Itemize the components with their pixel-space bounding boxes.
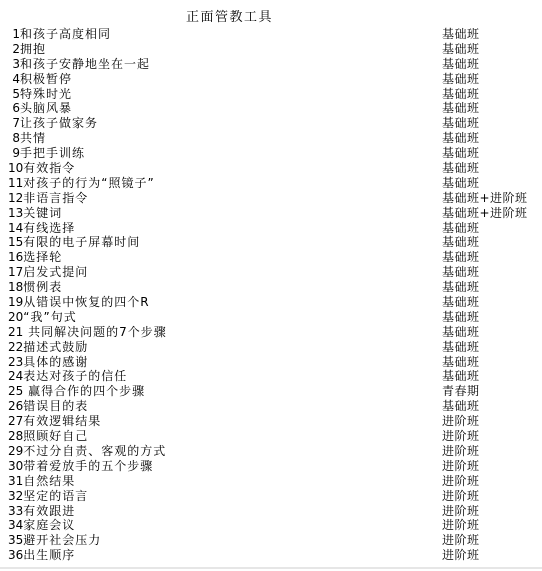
tool-name: 9手把手训练 xyxy=(8,146,85,161)
list-item: 17启发式提问基础班 xyxy=(0,265,542,280)
tool-label: 出生顺序 xyxy=(23,548,75,562)
tool-number: 23 xyxy=(8,355,23,370)
course-class: 基础班 xyxy=(442,146,480,161)
tool-number: 16 xyxy=(8,250,23,265)
tool-name: 24表达对孩子的信任 xyxy=(8,369,127,384)
course-class: 进阶班 xyxy=(442,429,480,444)
course-class: 进阶班 xyxy=(442,444,480,459)
tool-name: 6头脑风暴 xyxy=(8,101,72,116)
course-class: 青春期 xyxy=(442,384,480,399)
course-class: 基础班 xyxy=(442,250,480,265)
tool-name: 33有效跟进 xyxy=(8,504,75,519)
tool-name: 10有效指令 xyxy=(8,161,75,176)
list-item: 11对孩子的行为“照镜子”基础班 xyxy=(0,176,542,191)
tool-label: 从错误中恢复的四个R xyxy=(23,295,149,309)
tool-name: 18惯例表 xyxy=(8,280,62,295)
tool-number: 15 xyxy=(8,235,23,250)
course-class: 基础班 xyxy=(442,310,480,325)
tool-number: 11 xyxy=(8,176,23,191)
tool-name: 14有线选择 xyxy=(8,221,75,236)
tool-label: 对孩子的行为“照镜子” xyxy=(23,176,154,190)
list-item: 5特殊时光基础班 xyxy=(0,87,542,102)
tool-label: 头脑风暴 xyxy=(20,101,72,115)
tool-label: 描述式鼓励 xyxy=(23,340,88,354)
tool-number: 26 xyxy=(8,399,23,414)
course-class: 基础班 xyxy=(442,161,480,176)
tool-name: 17启发式提问 xyxy=(8,265,88,280)
list-item: 1和孩子高度相同基础班 xyxy=(0,27,542,42)
tool-name: 31自然结果 xyxy=(8,474,75,489)
list-item: 34家庭会议进阶班 xyxy=(0,518,542,533)
tool-label: 非语言指令 xyxy=(23,191,88,205)
list-item: 36出生顺序进阶班 xyxy=(0,548,542,563)
tool-name: 26错误目的表 xyxy=(8,399,88,414)
list-item: 31自然结果进阶班 xyxy=(0,474,542,489)
list-item: 24表达对孩子的信任基础班 xyxy=(0,369,542,384)
course-class: 基础班 xyxy=(442,101,480,116)
tool-label: 拥抱 xyxy=(20,42,46,56)
tool-name: 16选择轮 xyxy=(8,250,62,265)
tool-number: 12 xyxy=(8,191,23,206)
list-item: 12非语言指令基础班+进阶班 xyxy=(0,191,542,206)
course-class: 进阶班 xyxy=(442,489,480,504)
tool-number: 36 xyxy=(8,548,23,563)
list-item: 27有效逻辑结果进阶班 xyxy=(0,414,542,429)
tool-number: 6 xyxy=(8,101,20,116)
list-item: 25 赢得合作的四个步骤青春期 xyxy=(0,384,542,399)
tool-label: 有效指令 xyxy=(23,161,75,175)
course-class: 基础班 xyxy=(442,176,480,191)
course-class: 基础班 xyxy=(442,131,480,146)
tool-number: 25 xyxy=(8,384,23,399)
course-class: 进阶班 xyxy=(442,518,480,533)
list-item: 8共情基础班 xyxy=(0,131,542,146)
tool-name: 4积极暂停 xyxy=(8,72,72,87)
tool-number: 10 xyxy=(8,161,23,176)
tool-number: 8 xyxy=(8,131,20,146)
course-class: 基础班 xyxy=(442,265,480,280)
course-class: 基础班 xyxy=(442,87,480,102)
tool-number: 19 xyxy=(8,295,23,310)
tool-label: 具体的感谢 xyxy=(23,355,88,369)
tool-name: 22描述式鼓励 xyxy=(8,340,88,355)
tool-name: 1和孩子高度相同 xyxy=(8,27,111,42)
list-item: 2拥抱基础班 xyxy=(0,42,542,57)
course-class: 基础班 xyxy=(442,325,480,340)
tool-number: 32 xyxy=(8,489,23,504)
tool-label: 有限的电子屏幕时间 xyxy=(23,235,140,249)
list-item: 13关键词基础班+进阶班 xyxy=(0,206,542,221)
tool-number: 2 xyxy=(8,42,20,57)
list-item: 18惯例表基础班 xyxy=(0,280,542,295)
list-item: 16选择轮基础班 xyxy=(0,250,542,265)
course-class: 基础班 xyxy=(442,221,480,236)
course-class: 进阶班 xyxy=(442,504,480,519)
tool-label: 共情 xyxy=(20,131,46,145)
list-item: 14有线选择基础班 xyxy=(0,221,542,236)
tool-label: 共同解决问题的7个步骤 xyxy=(23,325,166,339)
tool-number: 30 xyxy=(8,459,23,474)
list-item: 6头脑风暴基础班 xyxy=(0,101,542,116)
tool-label: 手把手训练 xyxy=(20,146,85,160)
tool-label: 错误目的表 xyxy=(23,399,88,413)
tool-name: 34家庭会议 xyxy=(8,518,75,533)
course-class: 基础班 xyxy=(442,57,480,72)
tool-name: 5特殊时光 xyxy=(8,87,72,102)
tool-number: 21 xyxy=(8,325,23,340)
tool-name: 13关键词 xyxy=(8,206,62,221)
tool-label: 有效逻辑结果 xyxy=(23,414,101,428)
tool-label: 不过分自责、客观的方式 xyxy=(23,444,166,458)
course-class: 基础班 xyxy=(442,340,480,355)
list-item: 7让孩子做家务基础班 xyxy=(0,116,542,131)
list-item: 30带着爱放手的五个步骤进阶班 xyxy=(0,459,542,474)
tool-number: 22 xyxy=(8,340,23,355)
tool-name: 19从错误中恢复的四个R xyxy=(8,295,150,310)
tool-label: 和孩子高度相同 xyxy=(20,27,111,41)
course-class: 基础班 xyxy=(442,116,480,131)
course-class: 基础班 xyxy=(442,235,480,250)
tool-label: 和孩子安静地坐在一起 xyxy=(20,57,150,71)
course-class: 基础班 xyxy=(442,42,480,57)
tool-label: 选择轮 xyxy=(23,250,62,264)
course-class: 进阶班 xyxy=(442,548,480,563)
tool-name: 25 赢得合作的四个步骤 xyxy=(8,384,145,399)
list-item: 9手把手训练基础班 xyxy=(0,146,542,161)
tool-name: 20“我”句式 xyxy=(8,310,77,325)
course-class: 进阶班 xyxy=(442,533,480,548)
tool-label: 关键词 xyxy=(23,206,62,220)
tool-name: 3和孩子安静地坐在一起 xyxy=(8,57,150,72)
tool-name: 32坚定的语言 xyxy=(8,489,88,504)
tool-number: 5 xyxy=(8,87,20,102)
tool-name: 30带着爱放手的五个步骤 xyxy=(8,459,153,474)
tool-number: 31 xyxy=(8,474,23,489)
list-item: 21 共同解决问题的7个步骤基础班 xyxy=(0,325,542,340)
tool-name: 21 共同解决问题的7个步骤 xyxy=(8,325,167,340)
tool-name: 8共情 xyxy=(8,131,46,146)
tool-label: 坚定的语言 xyxy=(23,489,88,503)
course-class: 基础班 xyxy=(442,355,480,370)
tool-number: 14 xyxy=(8,221,23,236)
course-class: 基础班+进阶班 xyxy=(442,191,528,206)
list-item: 32坚定的语言进阶班 xyxy=(0,489,542,504)
tool-number: 1 xyxy=(8,27,20,42)
tool-label: 让孩子做家务 xyxy=(20,116,98,130)
tool-name: 35避开社会压力 xyxy=(8,533,101,548)
tool-number: 29 xyxy=(8,444,23,459)
tool-name: 23具体的感谢 xyxy=(8,355,88,370)
tool-label: 家庭会议 xyxy=(23,518,75,532)
tool-name: 11对孩子的行为“照镜子” xyxy=(8,176,155,191)
tool-label: “我”句式 xyxy=(23,310,76,324)
course-class: 基础班 xyxy=(442,280,480,295)
list-item: 35避开社会压力进阶班 xyxy=(0,533,542,548)
tool-number: 33 xyxy=(8,504,23,519)
tool-name: 27有效逻辑结果 xyxy=(8,414,101,429)
tool-name: 2拥抱 xyxy=(8,42,46,57)
tool-number: 4 xyxy=(8,72,20,87)
tool-number: 24 xyxy=(8,369,23,384)
tool-label: 惯例表 xyxy=(23,280,62,294)
tool-number: 17 xyxy=(8,265,23,280)
tool-number: 27 xyxy=(8,414,23,429)
tool-label: 特殊时光 xyxy=(20,87,72,101)
tool-label: 照顾好自己 xyxy=(23,429,88,443)
tool-label: 启发式提问 xyxy=(23,265,88,279)
list-item: 26错误目的表基础班 xyxy=(0,399,542,414)
tool-name: 29不过分自责、客观的方式 xyxy=(8,444,166,459)
tool-label: 有效跟进 xyxy=(23,504,75,518)
tool-label: 表达对孩子的信任 xyxy=(23,369,127,383)
tool-number: 3 xyxy=(8,57,20,72)
tool-label: 赢得合作的四个步骤 xyxy=(23,384,145,398)
tool-number: 18 xyxy=(8,280,23,295)
tool-label: 带着爱放手的五个步骤 xyxy=(23,459,153,473)
tool-name: 36出生顺序 xyxy=(8,548,75,563)
list-item: 19从错误中恢复的四个R基础班 xyxy=(0,295,542,310)
list-item: 20“我”句式基础班 xyxy=(0,310,542,325)
course-class: 基础班 xyxy=(442,72,480,87)
document-title: 正面管教工具 xyxy=(186,10,273,26)
tool-name: 12非语言指令 xyxy=(8,191,88,206)
tool-number: 28 xyxy=(8,429,23,444)
list-item: 10有效指令基础班 xyxy=(0,161,542,176)
list-item: 23具体的感谢基础班 xyxy=(0,355,542,370)
list-item: 33有效跟进进阶班 xyxy=(0,504,542,519)
tool-label: 有线选择 xyxy=(23,221,75,235)
tool-label: 避开社会压力 xyxy=(23,533,101,547)
course-class: 基础班 xyxy=(442,295,480,310)
tool-number: 9 xyxy=(8,146,20,161)
bottom-divider xyxy=(0,567,542,569)
tool-name: 7让孩子做家务 xyxy=(8,116,98,131)
course-class: 基础班 xyxy=(442,27,480,42)
tool-number: 20 xyxy=(8,310,23,325)
list-item: 22描述式鼓励基础班 xyxy=(0,340,542,355)
tool-number: 35 xyxy=(8,533,23,548)
course-class: 进阶班 xyxy=(442,474,480,489)
tool-number: 7 xyxy=(8,116,20,131)
list-item: 3和孩子安静地坐在一起基础班 xyxy=(0,57,542,72)
tool-name: 28照顾好自己 xyxy=(8,429,88,444)
tool-number: 13 xyxy=(8,206,23,221)
tool-label: 自然结果 xyxy=(23,474,75,488)
course-class: 基础班 xyxy=(442,369,480,384)
list-item: 4积极暂停基础班 xyxy=(0,72,542,87)
tool-list: 1和孩子高度相同基础班 2拥抱基础班 3和孩子安静地坐在一起基础班 4积极暂停基… xyxy=(0,27,542,563)
course-class: 进阶班 xyxy=(442,459,480,474)
list-item: 15有限的电子屏幕时间基础班 xyxy=(0,235,542,250)
tool-name: 15有限的电子屏幕时间 xyxy=(8,235,140,250)
tool-number: 34 xyxy=(8,518,23,533)
course-class: 基础班+进阶班 xyxy=(442,206,528,221)
list-item: 28照顾好自己进阶班 xyxy=(0,429,542,444)
tool-label: 积极暂停 xyxy=(20,72,72,86)
list-item: 29不过分自责、客观的方式进阶班 xyxy=(0,444,542,459)
course-class: 基础班 xyxy=(442,399,480,414)
course-class: 进阶班 xyxy=(442,414,480,429)
